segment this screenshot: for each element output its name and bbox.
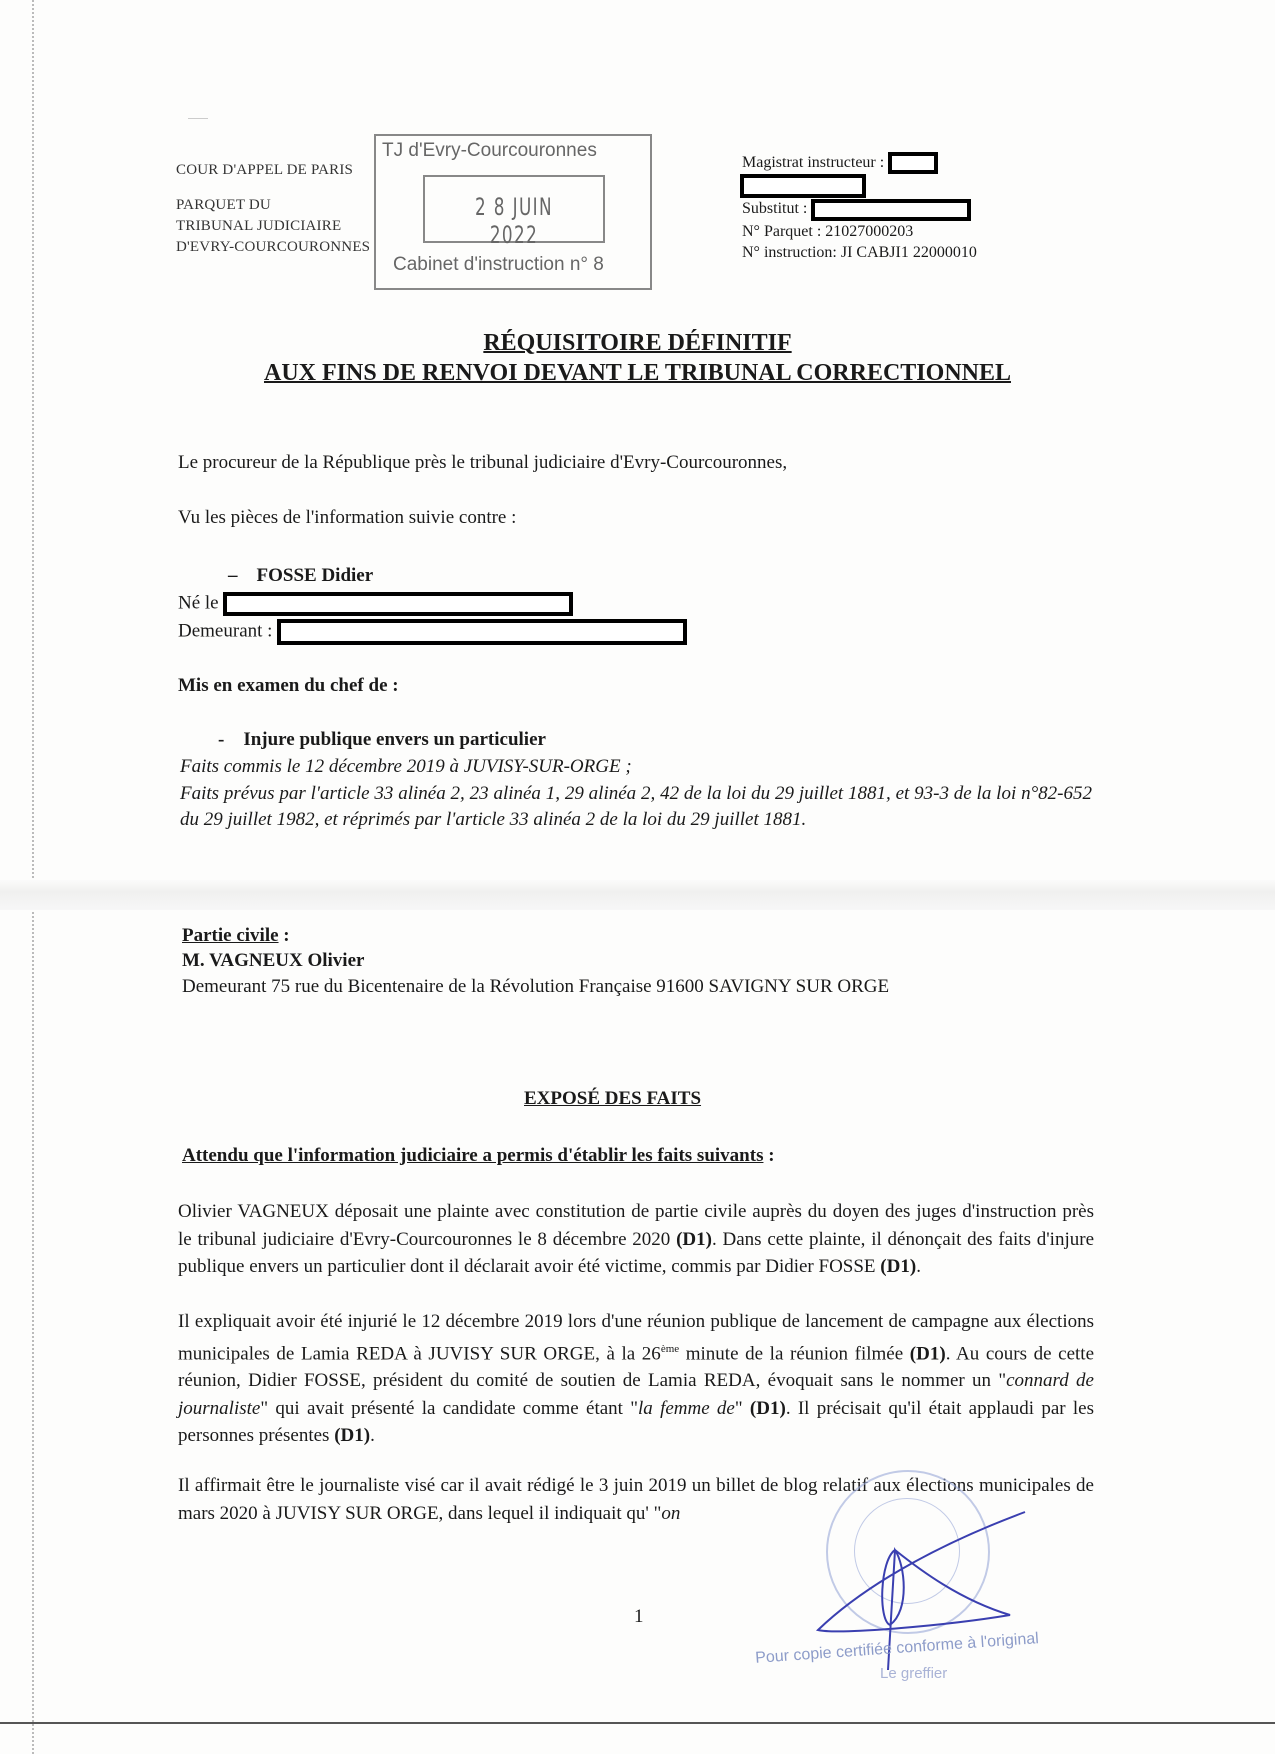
parquet-line-3: D'EVRY-COURCOURONNES bbox=[176, 237, 370, 258]
page-number: 1 bbox=[634, 1606, 644, 1628]
parquet-line-1: PARQUET DU bbox=[176, 195, 370, 216]
stamp-date-box: 2 8 JUIN 2022 bbox=[423, 175, 605, 243]
facts-subheading: Attendu que l'information judiciaire a p… bbox=[182, 1145, 775, 1167]
born-label: Né le bbox=[178, 592, 219, 613]
colon: : bbox=[279, 925, 290, 946]
charges-heading: Mis en examen du chef de : bbox=[178, 675, 399, 697]
facts-heading: EXPOSÉ DES FAITS bbox=[524, 1088, 701, 1110]
charge-text: Injure publique envers un particulier bbox=[243, 729, 546, 750]
magistrat-label: Magistrat instructeur : bbox=[742, 154, 884, 171]
vu-line: Vu les pièces de l'information suivie co… bbox=[178, 507, 516, 529]
stamp-cabinet: Cabinet d'instruction n° 8 bbox=[393, 254, 604, 276]
stamp-court: TJ d'Evry-Courcouronnes bbox=[382, 140, 597, 162]
address-label: Demeurant : bbox=[178, 620, 272, 641]
accused-name-text: FOSSE Didier bbox=[257, 565, 374, 586]
bottom-rule bbox=[0, 1722, 1275, 1724]
civil-party-heading-text: Partie civile bbox=[182, 925, 279, 946]
scan-edge bbox=[32, 0, 34, 1754]
accused-name: – FOSSE Didier bbox=[228, 565, 373, 587]
facts-paragraph-2: Il expliquait avoir été injurié le 12 dé… bbox=[178, 1308, 1094, 1450]
colon: : bbox=[763, 1145, 774, 1166]
civil-party-name: M. VAGNEUX Olivier bbox=[182, 950, 364, 972]
greffier-label: Le greffier bbox=[880, 1665, 947, 1682]
redaction-box bbox=[888, 152, 938, 174]
facts-committed: Faits commis le 12 décembre 2019 à JUVIS… bbox=[180, 756, 632, 778]
accused-address: Demeurant : bbox=[178, 619, 687, 645]
court-name: COUR D'APPEL DE PARIS bbox=[176, 160, 370, 181]
redaction-box bbox=[740, 174, 866, 198]
instruction-number: N° instruction: JI CABJI1 22000010 bbox=[742, 242, 977, 263]
redaction-box bbox=[811, 199, 971, 221]
parquet-line-2: TRIBUNAL JUDICIAIRE bbox=[176, 216, 370, 237]
substitut-label: Substitut : bbox=[742, 200, 807, 217]
header-dash bbox=[188, 118, 208, 119]
stamp-date: 2 8 JUIN 2022 bbox=[452, 193, 577, 249]
facts-paragraph-1: Olivier VAGNEUX déposait une plainte ave… bbox=[178, 1198, 1094, 1281]
redaction-box bbox=[223, 592, 573, 616]
redaction-box bbox=[277, 619, 687, 645]
civil-party-heading: Partie civile : bbox=[182, 925, 290, 947]
document-title: RÉQUISITOIRE DÉFINITIF bbox=[0, 330, 1275, 357]
received-stamp: TJ d'Evry-Courcouronnes 2 8 JUIN 2022 Ca… bbox=[374, 134, 652, 290]
charge-item: - Injure publique envers un particulier bbox=[218, 729, 546, 751]
case-references: Magistrat instructeur : Substitut : N° P… bbox=[742, 152, 977, 263]
accused-birth: Né le bbox=[178, 592, 573, 616]
facts-subheading-text: Attendu que l'information judiciaire a p… bbox=[182, 1145, 763, 1166]
document-subtitle: AUX FINS DE RENVOI DEVANT LE TRIBUNAL CO… bbox=[0, 360, 1275, 387]
paper-fold bbox=[0, 880, 1275, 910]
legal-basis: Faits prévus par l'article 33 alinéa 2, … bbox=[180, 781, 1092, 833]
procureur-line: Le procureur de la République près le tr… bbox=[178, 452, 787, 474]
court-header: COUR D'APPEL DE PARIS PARQUET DU TRIBUNA… bbox=[176, 160, 370, 258]
parquet-number: N° Parquet : 21027000203 bbox=[742, 221, 977, 242]
civil-party-address: Demeurant 75 rue du Bicentenaire de la R… bbox=[182, 976, 889, 998]
